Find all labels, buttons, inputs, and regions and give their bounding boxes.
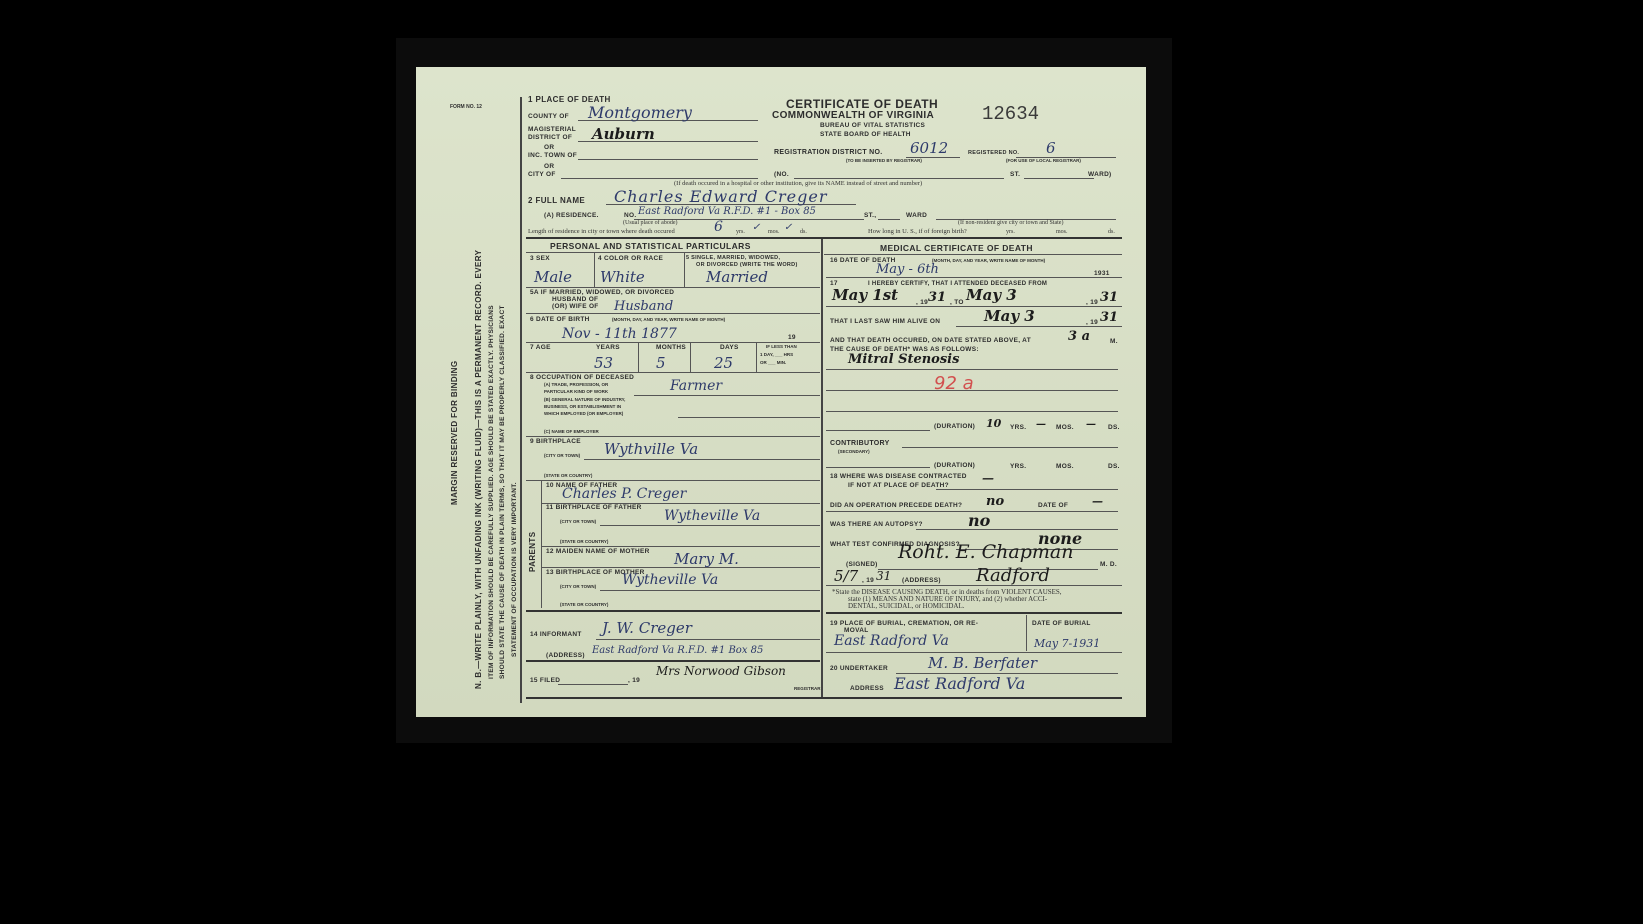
duration-2-label: (Duration) bbox=[934, 462, 975, 469]
attended-from-value: May 1st bbox=[832, 286, 898, 304]
registration-district-value: 6012 bbox=[910, 139, 948, 157]
mother-name-value: Mary M. bbox=[674, 550, 739, 568]
mother-bp-city-label: (City or town) bbox=[560, 584, 596, 589]
less-than-label: If less than bbox=[766, 344, 797, 349]
occupation-b-note: business, or establishment in bbox=[544, 404, 621, 409]
signed-year-prefix: , 19 bbox=[862, 577, 874, 584]
county-label: County of bbox=[528, 113, 569, 120]
section-divider bbox=[821, 239, 823, 697]
meridiem-label: M. bbox=[1110, 338, 1118, 345]
mother-name-label: 12 Maiden Name of Mother bbox=[546, 548, 650, 555]
county-value: Montgomery bbox=[588, 103, 692, 122]
signature-address-value: Radford bbox=[976, 565, 1050, 586]
residence-length-label: Length of residence in city or town wher… bbox=[528, 228, 675, 235]
months-label: Months bbox=[656, 344, 686, 351]
ds-label: ds. bbox=[800, 229, 807, 235]
employer-label: (c) Name of employer bbox=[544, 429, 599, 434]
race-value: White bbox=[600, 268, 645, 286]
residence-label: (a) Residence. bbox=[544, 212, 599, 219]
last-saw-label: That I Last Saw Him Alive on bbox=[830, 318, 940, 325]
contributory-label: Contributory bbox=[830, 440, 890, 447]
father-birthplace-label: 11 Birthplace of Father bbox=[546, 504, 642, 511]
undertaker-address-label: Address bbox=[850, 685, 884, 692]
duration-yrs-label: yrs. bbox=[1010, 424, 1026, 431]
last-saw-year-prefix: , 19 bbox=[1086, 319, 1098, 326]
cause-of-death-value: Mitral Stenosis bbox=[848, 352, 959, 367]
duration-ds-label: ds. bbox=[1108, 424, 1120, 431]
dob-label: 6 Date of Birth bbox=[530, 316, 590, 323]
operation-date-label: Date of bbox=[1038, 502, 1068, 509]
operation-value: no bbox=[986, 494, 1004, 509]
residence-days-value: ✓ bbox=[784, 222, 792, 233]
days-label: Days bbox=[720, 344, 739, 351]
contracted-value: — bbox=[982, 471, 994, 485]
usual-abode-note: (Usual place of abode) bbox=[623, 220, 677, 226]
inc-town-label: Inc. Town of bbox=[528, 152, 577, 159]
occupation-label: 8 Occupation of Deceased bbox=[530, 374, 634, 381]
signature-address-label: (Address) bbox=[902, 577, 941, 584]
attended-to-year: 31 bbox=[1100, 290, 1118, 305]
bureau-title: Bureau of Vital Statistics bbox=[820, 122, 925, 129]
us-mos-label: mos. bbox=[1056, 229, 1068, 235]
years-label: Years bbox=[596, 344, 620, 351]
residence-years-value: 6 bbox=[714, 219, 723, 235]
certificate-title: Certificate of Death bbox=[786, 97, 938, 111]
st-label: St. bbox=[1010, 171, 1020, 178]
from-year-prefix: , 19 bbox=[916, 299, 928, 306]
personal-section-title: Personal and Statistical Particulars bbox=[550, 241, 751, 251]
race-label: 4 Color or Race bbox=[598, 255, 663, 262]
undertaker-address-value: East Radford Va bbox=[894, 674, 1025, 693]
wife-of-label: (or) Wife of bbox=[552, 303, 599, 310]
occupation-a-note: particular kind of work bbox=[544, 389, 608, 394]
informant-address-label: (Address) bbox=[546, 652, 585, 659]
occupation-b-label: (b) General nature of industry, bbox=[544, 397, 625, 402]
mother-bp-state-label: (State or country) bbox=[560, 602, 608, 607]
duration-days-value: — bbox=[1086, 419, 1096, 430]
medical-section-title: Medical Certificate of Death bbox=[880, 243, 1033, 253]
physician-signature: Roht. E. Chapman bbox=[898, 541, 1074, 563]
informant-label: 14 Informant bbox=[530, 631, 582, 638]
duration-label: (Duration) bbox=[934, 423, 975, 430]
age-years-value: 53 bbox=[594, 354, 613, 372]
parents-label: Parents bbox=[528, 532, 537, 572]
commonwealth-title: Commonwealth of Virginia bbox=[772, 110, 934, 121]
age-label: 7 Age bbox=[530, 344, 551, 351]
residence-st-label: St., bbox=[864, 212, 876, 219]
residence-value: East Radford Va R.F.D. #1 - Box 85 bbox=[638, 206, 816, 217]
birthplace-label: 9 Birthplace bbox=[530, 438, 581, 445]
dob-note: (Month, day, and year, write name of mon… bbox=[612, 317, 725, 322]
occupation-value: Farmer bbox=[670, 378, 722, 394]
mother-birthplace-value: Wytheville Va bbox=[622, 572, 718, 588]
margin-instruction-3: Should State the Cause of Death in Plain… bbox=[499, 305, 506, 679]
board-title: State Board of Health bbox=[820, 131, 911, 138]
duration-2-yrs-label: yrs. bbox=[1010, 463, 1026, 470]
non-resident-note: (If non-resident give city or town and S… bbox=[958, 220, 1063, 226]
residence-months-value: ✓ bbox=[752, 222, 760, 233]
sex-value: Male bbox=[534, 268, 572, 286]
footnote-line-3: DENTAL, SUICIDAL, or HOMICIDAL. bbox=[848, 602, 964, 610]
district-of-label: District of bbox=[528, 134, 572, 141]
filed-19-label: , 19 bbox=[628, 677, 640, 684]
burial-place-value: East Radford Va bbox=[834, 633, 949, 649]
or-label: or bbox=[544, 163, 554, 170]
attended-from-year: 31 bbox=[928, 290, 946, 305]
md-label: M. D. bbox=[1100, 561, 1117, 568]
city-label: City of bbox=[528, 171, 556, 178]
duration-mos-label: mos. bbox=[1056, 424, 1074, 431]
marital-label: 5 Single, Married, Widowed, bbox=[686, 255, 780, 261]
duration-years-value: 10 bbox=[986, 417, 1001, 430]
dob-19-label: 19 bbox=[788, 334, 796, 341]
certificate-number: 12634 bbox=[982, 103, 1039, 125]
hospital-note: (If death occured in a hospital or other… bbox=[674, 180, 922, 187]
registered-no-value: 6 bbox=[1046, 139, 1056, 157]
margin-instruction-2: Item of Information Should be Carefully … bbox=[488, 305, 495, 679]
registrar-signature: Mrs Norwood Gibson bbox=[656, 664, 786, 678]
yrs-label: yrs. bbox=[736, 229, 745, 235]
residence-no-label: No. bbox=[624, 212, 636, 219]
date-of-death-note: (Month, day, and year, write name of mon… bbox=[932, 258, 1045, 263]
form-left-border bbox=[520, 97, 522, 703]
birthplace-value: Wythville Va bbox=[604, 440, 698, 458]
father-bp-city-label: (City or town) bbox=[560, 519, 596, 524]
registration-district-note: (To be inserted by registrar) bbox=[846, 158, 922, 163]
magisterial-label: Magisterial bbox=[528, 126, 576, 133]
less-than-min-label: or ___ min. bbox=[760, 360, 786, 365]
contracted-label-2: If Not at Place of Death? bbox=[848, 482, 949, 489]
informant-address-value: East Radford Va R.F.D. #1 Box 85 bbox=[592, 645, 763, 656]
margin-instruction-1: N. B.—Write Plainly, with Unfading Ink (… bbox=[474, 250, 483, 689]
filed-label: 15 Filed bbox=[530, 677, 560, 684]
to-year-prefix: , 19 bbox=[1086, 299, 1098, 306]
form-number: Form No. 12 bbox=[450, 104, 482, 110]
or-label: or bbox=[544, 144, 554, 151]
registered-no-note: (For use of local registrar) bbox=[1006, 158, 1081, 163]
last-saw-year: 31 bbox=[1100, 310, 1118, 325]
death-time-value: 3 a bbox=[1068, 329, 1090, 344]
secondary-label: (Secondary) bbox=[838, 449, 870, 454]
father-birthplace-value: Wytheville Va bbox=[664, 508, 760, 524]
husband-of-label: Husband of bbox=[552, 296, 598, 303]
marital-status-value: Married bbox=[706, 268, 768, 286]
autopsy-value: no bbox=[968, 511, 990, 530]
father-name-value: Charles P. Creger bbox=[562, 486, 686, 502]
to-label: , to bbox=[950, 299, 964, 306]
full-name-value: Charles Edward Creger bbox=[614, 187, 827, 206]
birthplace-state-label: (State or country) bbox=[544, 473, 592, 478]
birthplace-city-label: (City or town) bbox=[544, 453, 580, 458]
undertaker-label: 20 Undertaker bbox=[830, 665, 888, 672]
dob-value: Nov - 11th 1877 bbox=[562, 326, 677, 342]
sex-label: 3 Sex bbox=[530, 255, 550, 262]
operation-date-value: — bbox=[1092, 495, 1103, 508]
father-bp-state-label: (State or country) bbox=[560, 539, 608, 544]
form-bottom-border bbox=[526, 697, 1122, 699]
age-months-value: 5 bbox=[656, 354, 666, 372]
duration-2-ds-label: ds. bbox=[1108, 463, 1120, 470]
contracted-label: 18 Where Was Disease Contracted bbox=[830, 473, 967, 480]
spouse-label: 5a If Married, Widowed, or Divorced bbox=[530, 289, 674, 296]
us-ds-label: ds. bbox=[1108, 229, 1115, 235]
age-days-value: 25 bbox=[714, 354, 733, 372]
margin-binding-note: Margin Reserved for Binding bbox=[450, 361, 459, 505]
burial-place-label: 19 Place of Burial, Cremation, or Re- bbox=[830, 620, 978, 627]
registrar-label: Registrar bbox=[794, 686, 821, 691]
last-saw-value: May 3 bbox=[984, 307, 1035, 325]
registration-district-label: Registration District No. bbox=[774, 149, 882, 156]
duration-2-mos-label: mos. bbox=[1056, 463, 1074, 470]
autopsy-label: Was There an Autopsy? bbox=[830, 521, 923, 528]
residence-ward-label: Ward bbox=[906, 212, 927, 219]
attended-to-value: May 3 bbox=[966, 286, 1017, 304]
spouse-value: Husband bbox=[614, 299, 673, 314]
occupation-b-note-2: which employed (or employer) bbox=[544, 411, 623, 416]
magisterial-district-value: Auburn bbox=[592, 125, 655, 143]
occupation-a-label: (a) Trade, profession, or bbox=[544, 382, 608, 387]
date-of-death-year: 1931 bbox=[1094, 270, 1110, 277]
signed-year-value: 31 bbox=[876, 569, 891, 583]
full-name-label: 2 Full Name bbox=[528, 196, 585, 205]
operation-label: Did an Operation Precede Death? bbox=[830, 502, 962, 509]
registered-no-label: Registered No. bbox=[968, 150, 1019, 156]
death-certificate: Form No. 12 Margin Reserved for Binding … bbox=[416, 67, 1146, 717]
informant-value: J. W. Creger bbox=[602, 619, 692, 637]
date-of-death-value: May - 6th bbox=[876, 262, 939, 277]
margin-instruction-4: Statement of Occupation is Very Importan… bbox=[511, 482, 518, 657]
death-time-label: And That Death Occured, on Date Stated A… bbox=[830, 337, 1031, 344]
burial-date-label: Date of Burial bbox=[1032, 620, 1091, 627]
burial-date-value: May 7-1931 bbox=[1034, 637, 1100, 650]
mos-label: mos. bbox=[768, 229, 780, 235]
us-yrs-label: yrs. bbox=[1006, 229, 1015, 235]
us-residence-label: How long in U. S., if of foreign birth? bbox=[868, 228, 967, 235]
undertaker-value: M. B. Berfater bbox=[928, 654, 1037, 672]
signed-date-value: 5/7 bbox=[834, 567, 858, 585]
street-no-label: (No. bbox=[774, 171, 789, 178]
duration-months-value: — bbox=[1036, 419, 1046, 430]
ward-label: Ward) bbox=[1088, 171, 1112, 178]
less-than-hrs-label: 1 day, ___ hrs bbox=[760, 352, 793, 357]
